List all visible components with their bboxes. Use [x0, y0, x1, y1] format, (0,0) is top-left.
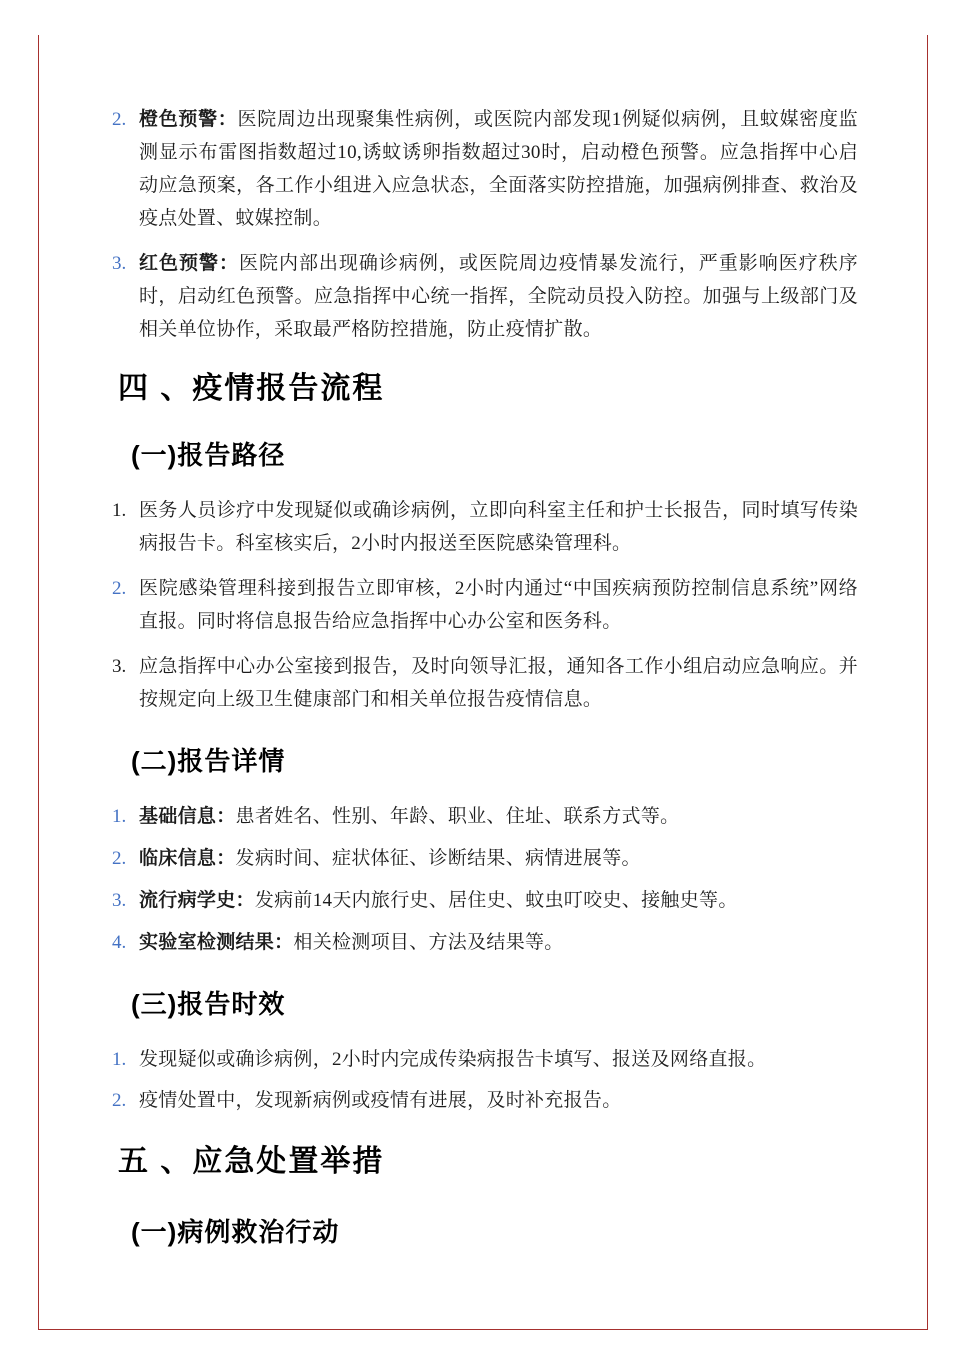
item-body-text: 应急指挥中心办公室接到报告，及时向领导汇报，通知各工作小组启动应急响应。并按规定…	[139, 656, 858, 710]
item-number: 2.	[112, 842, 139, 875]
item-number: 3.	[112, 650, 139, 716]
subheading-report-detail: (二)报告详情	[131, 742, 858, 780]
list-item: 2. 医院感染管理科接到报告立即审核，2小时内通过“中国疾病预防控制信息系统”网…	[112, 572, 858, 638]
item-text: 流行病学史：发病前14天内旅行史、居住史、蚊虫叮咬史、接触史等。	[139, 884, 858, 917]
item-text: 临床信息：发病时间、症状体征、诊断结果、病情进展等。	[139, 842, 858, 875]
list-item-orange-warning: 2. 橙色预警：医院周边出现聚集性病例，或医院内部发现1例疑似病例，且蚊媒密度监…	[112, 103, 858, 235]
item-body-text: 医院内部出现确诊病例，或医院周边疫情暴发流行，严重影响医疗秩序时，启动红色预警。…	[139, 253, 858, 340]
report-path-list: 1. 医务人员诊疗中发现疑似或确诊病例，立即向科室主任和护士长报告，同时填写传染…	[112, 494, 858, 716]
subheading-report-path: (一)报告路径	[131, 436, 858, 474]
report-detail-list: 1. 基础信息：患者姓名、性别、年龄、职业、住址、联系方式等。 2. 临床信息：…	[112, 800, 858, 959]
item-lead: 红色预警：	[139, 253, 239, 274]
item-number: 2.	[112, 572, 139, 638]
item-number: 4.	[112, 926, 139, 959]
item-lead: 临床信息：	[139, 848, 236, 869]
list-item: 1. 发现疑似或确诊病例，2小时内完成传染病报告卡填写、报送及网络直报。	[112, 1043, 858, 1076]
item-body-text: 医院周边出现聚集性病例，或医院内部发现1例疑似病例，且蚊媒密度监测显示布雷图指数…	[139, 109, 858, 229]
item-lead: 基础信息：	[139, 806, 236, 827]
item-number: 1.	[112, 494, 139, 560]
item-text: 橙色预警：医院周边出现聚集性病例，或医院内部发现1例疑似病例，且蚊媒密度监测显示…	[139, 103, 858, 235]
item-text: 医院感染管理科接到报告立即审核，2小时内通过“中国疾病预防控制信息系统”网络直报…	[139, 572, 858, 638]
subheading-report-timeliness: (三)报告时效	[131, 985, 858, 1023]
item-text: 红色预警：医院内部出现确诊病例，或医院周边疫情暴发流行，严重影响医疗秩序时，启动…	[139, 247, 858, 346]
item-lead: 流行病学史：	[139, 890, 255, 911]
item-lead: 橙色预警：	[139, 109, 238, 130]
item-number: 2.	[112, 1084, 139, 1117]
item-text: 应急指挥中心办公室接到报告，及时向领导汇报，通知各工作小组启动应急响应。并按规定…	[139, 650, 858, 716]
warning-level-list: 2. 橙色预警：医院周边出现聚集性病例，或医院内部发现1例疑似病例，且蚊媒密度监…	[112, 103, 858, 346]
heading-section-5: 五 、应急处置举措	[118, 1141, 858, 1183]
list-item: 1. 医务人员诊疗中发现疑似或确诊病例，立即向科室主任和护士长报告，同时填写传染…	[112, 494, 858, 560]
list-item-red-warning: 3. 红色预警：医院内部出现确诊病例，或医院周边疫情暴发流行，严重影响医疗秩序时…	[112, 247, 858, 346]
heading-section-4: 四 、疫情报告流程	[118, 368, 858, 410]
item-body-text: 发病前14天内旅行史、居住史、蚊虫叮咬史、接触史等。	[255, 890, 738, 911]
list-item-epidemiology-history: 3. 流行病学史：发病前14天内旅行史、居住史、蚊虫叮咬史、接触史等。	[112, 884, 858, 917]
report-timeliness-list: 1. 发现疑似或确诊病例，2小时内完成传染病报告卡填写、报送及网络直报。 2. …	[112, 1043, 858, 1117]
item-number: 3.	[112, 247, 139, 346]
item-body-text: 医务人员诊疗中发现疑似或确诊病例，立即向科室主任和护士长报告，同时填写传染病报告…	[139, 500, 858, 554]
item-text: 疫情处置中，发现新病例或疫情有进展，及时补充报告。	[139, 1084, 858, 1117]
item-text: 发现疑似或确诊病例，2小时内完成传染病报告卡填写、报送及网络直报。	[139, 1043, 858, 1076]
item-number: 1.	[112, 800, 139, 833]
list-item-clinical-info: 2. 临床信息：发病时间、症状体征、诊断结果、病情进展等。	[112, 842, 858, 875]
document-page: 2. 橙色预警：医院周边出现聚集性病例，或医院内部发现1例疑似病例，且蚊媒密度监…	[0, 0, 967, 1365]
list-item: 2. 疫情处置中，发现新病例或疫情有进展，及时补充报告。	[112, 1084, 858, 1117]
item-body-text: 发病时间、症状体征、诊断结果、病情进展等。	[236, 848, 641, 869]
document-content: 2. 橙色预警：医院周边出现聚集性病例，或医院内部发现1例疑似病例，且蚊媒密度监…	[112, 103, 858, 1271]
item-text: 医务人员诊疗中发现疑似或确诊病例，立即向科室主任和护士长报告，同时填写传染病报告…	[139, 494, 858, 560]
item-body-text: 疫情处置中，发现新病例或疫情有进展，及时补充报告。	[139, 1090, 622, 1111]
item-text: 实验室检测结果：相关检测项目、方法及结果等。	[139, 926, 858, 959]
subheading-case-treatment: (一)病例救治行动	[131, 1213, 858, 1251]
item-body-text: 患者姓名、性别、年龄、职业、住址、联系方式等。	[236, 806, 680, 827]
item-body-text: 医院感染管理科接到报告立即审核，2小时内通过“中国疾病预防控制信息系统”网络直报…	[139, 578, 858, 632]
item-lead: 实验室检测结果：	[139, 932, 293, 953]
list-item: 3. 应急指挥中心办公室接到报告，及时向领导汇报，通知各工作小组启动应急响应。并…	[112, 650, 858, 716]
item-body-text: 相关检测项目、方法及结果等。	[293, 932, 563, 953]
item-number: 2.	[112, 103, 139, 235]
item-number: 3.	[112, 884, 139, 917]
list-item-basic-info: 1. 基础信息：患者姓名、性别、年龄、职业、住址、联系方式等。	[112, 800, 858, 833]
item-number: 1.	[112, 1043, 139, 1076]
item-body-text: 发现疑似或确诊病例，2小时内完成传染病报告卡填写、报送及网络直报。	[139, 1049, 766, 1070]
item-text: 基础信息：患者姓名、性别、年龄、职业、住址、联系方式等。	[139, 800, 858, 833]
list-item-lab-results: 4. 实验室检测结果：相关检测项目、方法及结果等。	[112, 926, 858, 959]
